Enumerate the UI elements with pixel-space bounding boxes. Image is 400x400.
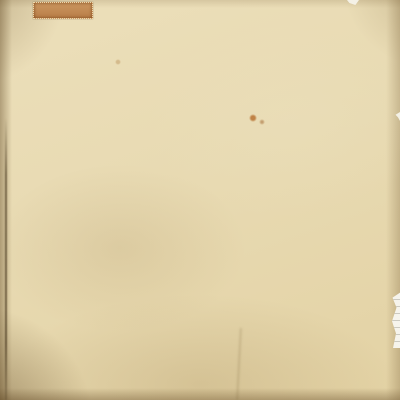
paper-chip xyxy=(347,0,359,5)
torn-edge xyxy=(391,292,400,348)
revenue-stamp xyxy=(33,2,93,19)
paper-crease xyxy=(236,328,242,400)
paper-chip xyxy=(395,112,400,121)
document-page xyxy=(0,0,400,400)
paper-fold-line xyxy=(5,118,7,400)
